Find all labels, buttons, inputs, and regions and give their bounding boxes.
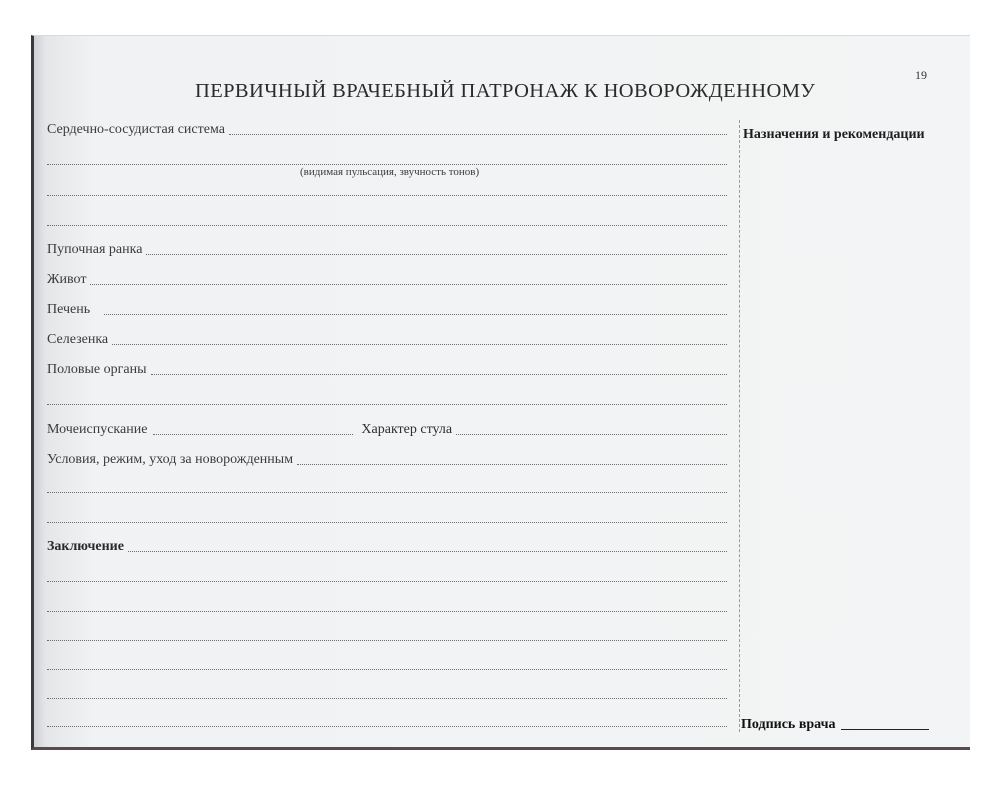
urination-label: Мочеиспускание	[47, 422, 153, 438]
signature-field[interactable]	[841, 729, 929, 730]
cardio-hint: (видимая пульсация, звучность тонов)	[300, 166, 479, 178]
conclusion-row-4	[47, 624, 727, 644]
stool-label: Характер стула	[353, 422, 456, 438]
stool-field[interactable]	[456, 434, 727, 435]
conclusion-field-2[interactable]	[47, 581, 727, 582]
conditions-field-2[interactable]	[47, 492, 727, 493]
spleen-row: Селезенка	[47, 328, 727, 348]
umbilical-label: Пупочная ранка	[47, 242, 146, 258]
conditions-row-3	[47, 506, 727, 526]
conclusion-field-3[interactable]	[47, 611, 727, 612]
conclusion-field-6[interactable]	[47, 698, 727, 699]
liver-label: Печень	[47, 302, 104, 318]
conclusion-field-5[interactable]	[47, 669, 727, 670]
genitals-label: Половые органы	[47, 362, 151, 378]
cardio-field[interactable]	[229, 134, 727, 135]
conclusion-row-3	[47, 595, 727, 615]
umbilical-row: Пупочная ранка	[47, 238, 727, 258]
cardio-row-3	[47, 179, 727, 199]
genitals-field-2[interactable]	[47, 404, 727, 405]
column-divider	[739, 120, 740, 732]
abdomen-label: Живот	[47, 272, 90, 288]
conditions-label: Условия, режим, уход за новорожденным	[47, 452, 297, 468]
cardio-row-4	[47, 209, 727, 229]
conclusion-row-6	[47, 682, 727, 702]
conclusion-field-7[interactable]	[47, 726, 727, 727]
genitals-field[interactable]	[151, 374, 728, 375]
form-title: ПЕРВИЧНЫЙ ВРАЧЕБНЫЙ ПАТРОНАЖ К НОВОРОЖДЕ…	[195, 80, 815, 103]
abdomen-row: Живот	[47, 268, 727, 288]
genitals-row: Половые органы	[47, 358, 727, 378]
conditions-field[interactable]	[297, 464, 727, 465]
recommendations-title: Назначения и рекомендации	[743, 127, 925, 143]
urination-field[interactable]	[153, 434, 353, 435]
spleen-label: Селезенка	[47, 332, 112, 348]
cardio-field-4[interactable]	[47, 225, 727, 226]
conclusion-field[interactable]	[128, 551, 727, 552]
conclusion-label: Заключение	[47, 539, 128, 555]
umbilical-field[interactable]	[146, 254, 727, 255]
abdomen-field[interactable]	[90, 284, 727, 285]
cardio-field-2[interactable]	[47, 164, 727, 165]
cardio-field-3[interactable]	[47, 195, 727, 196]
conditions-row: Условия, режим, уход за новорожденным	[47, 448, 727, 468]
liver-field[interactable]	[104, 314, 727, 315]
cardio-row: Сердечно-сосудистая система	[47, 118, 727, 138]
spleen-field[interactable]	[112, 344, 727, 345]
conclusion-row: Заключение	[47, 535, 727, 555]
doctor-signature: Подпись врача	[741, 717, 929, 733]
urination-stool-row: Мочеиспускание Характер стула	[47, 418, 727, 438]
conclusion-row-5	[47, 653, 727, 673]
genitals-row-2	[47, 388, 727, 408]
signature-label: Подпись врача	[741, 717, 836, 733]
conclusion-row-7	[47, 710, 727, 730]
conclusion-row-2	[47, 565, 727, 585]
page-number: 19	[915, 68, 927, 83]
conclusion-field-4[interactable]	[47, 640, 727, 641]
cardio-label: Сердечно-сосудистая система	[47, 122, 229, 138]
liver-row: Печень	[47, 298, 727, 318]
conditions-row-2	[47, 476, 727, 496]
cardio-row-2	[47, 148, 727, 168]
conditions-field-3[interactable]	[47, 522, 727, 523]
